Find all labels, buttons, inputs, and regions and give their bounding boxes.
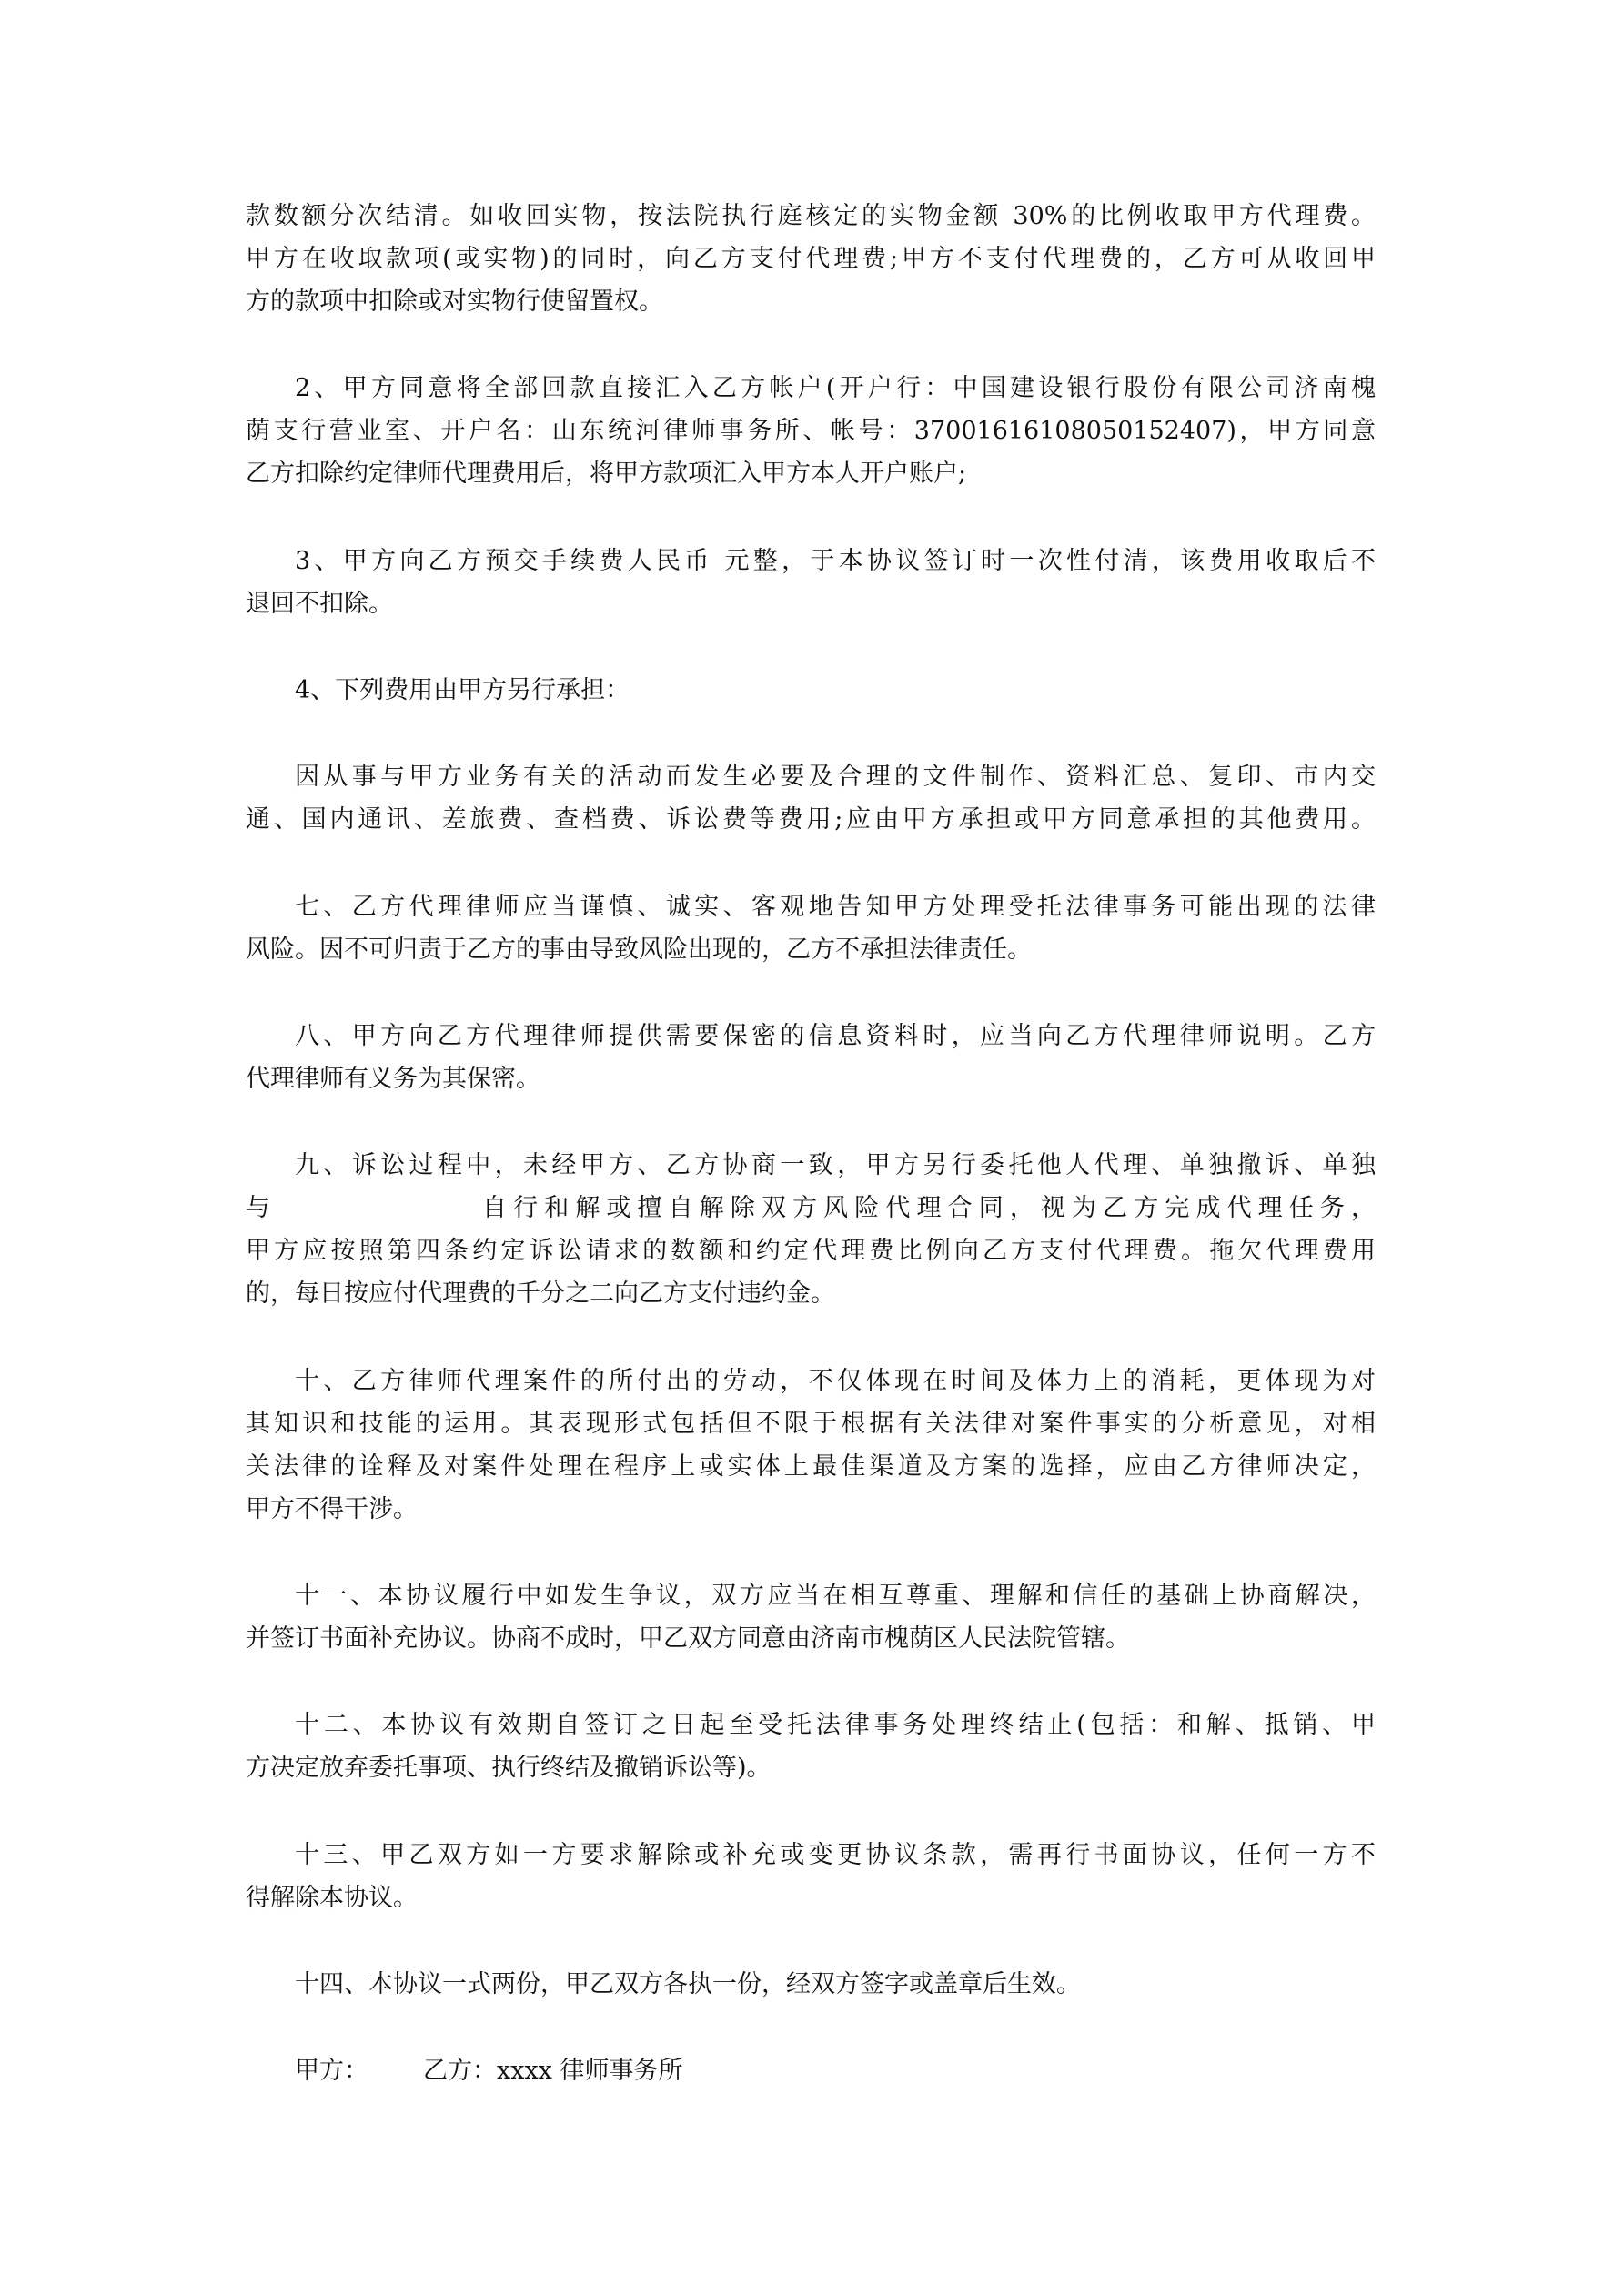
article-10-line: 关法律的诠释及对案件处理在程序上或实体上最佳渠道及方案的选择，应由乙方律师决定， xyxy=(246,1449,1376,1485)
paragraph-line: 甲方在收取款项(或实物)的同时，向乙方支付代理费;甲方不支付代理费的，乙方可从收… xyxy=(246,241,1376,278)
article-11-line: 十一、本协议履行中如发生争议，双方应当在相互尊重、理解和信任的基础上协商解决， xyxy=(295,1578,1376,1614)
article-14-line: 十四、本协议一式两份，甲乙双方各执一份，经双方签字或盖章后生效。 xyxy=(295,1967,1376,2003)
article-9-line-start: 与 xyxy=(246,1190,282,1227)
article-9-line: 的，每日按应付代理费的千分之二向乙方支付违约金。 xyxy=(246,1276,1376,1312)
article-9-line: 九、诉讼过程中，未经甲方、乙方协商一致，甲方另行委托他人代理、单独撤诉、单独 xyxy=(295,1148,1376,1184)
signature-block: 甲方：乙方：xxxx 律师事务所 xyxy=(295,2053,1376,2089)
clause-3-line: 3、甲方向乙方预交手续费人民币 元整，于本协议签订时一次性付清，该费用收取后不 xyxy=(295,543,1376,580)
article-7-line: 七、乙方代理律师应当谨慎、诚实、客观地告知甲方处理受托法律事务可能出现的法律 xyxy=(295,889,1376,925)
article-12-line: 十二、本协议有效期自签订之日起至受托法律事务处理终结止(包括：和解、抵销、甲 xyxy=(295,1707,1376,1744)
article-11-line: 并签订书面补充协议。协商不成时，甲乙双方同意由济南市槐荫区人民法院管辖。 xyxy=(246,1621,1376,1657)
document-page: 款数额分次结清。如收回实物，按法院执行庭核定的实物金额 30%的比例收取甲方代理… xyxy=(0,0,1624,2296)
article-10-line: 甲方不得干涉。 xyxy=(246,1492,1376,1528)
article-10-line: 其知识和技能的运用。其表现形式包括但不限于根据有关法律对案件事实的分析意见，对相 xyxy=(246,1406,1376,1442)
clause-4-detail-line: 通、国内通讯、差旅费、查档费、诉讼费等费用;应由甲方承担或甲方同意承担的其他费用… xyxy=(246,802,1376,838)
clause-4-detail-line: 因从事与甲方业务有关的活动而发生必要及合理的文件制作、资料汇总、复印、市内交 xyxy=(295,759,1376,795)
paragraph-line: 方的款项中扣除或对实物行使留置权。 xyxy=(246,284,1376,320)
article-7-line: 风险。因不可归责于乙方的事由导致风险出现的，乙方不承担法律责任。 xyxy=(246,932,1376,968)
article-8-line: 代理律师有义务为其保密。 xyxy=(246,1061,1376,1097)
article-8-line: 八、甲方向乙方代理律师提供需要保密的信息资料时，应当向乙方代理律师说明。乙方 xyxy=(295,1018,1376,1055)
clause-2-line: 乙方扣除约定律师代理费用后，将甲方款项汇入甲方本人开户账户; xyxy=(246,456,1376,492)
paragraph-line: 款数额分次结清。如收回实物，按法院执行庭核定的实物金额 30%的比例收取甲方代理… xyxy=(246,198,1376,235)
party-a-label: 甲方： xyxy=(295,2057,368,2085)
clause-2-line: 2、甲方同意将全部回款直接汇入乙方帐户(开户行：中国建设银行股份有限公司济南槐 xyxy=(295,370,1376,407)
article-12-line: 方决定放弃委托事项、执行终结及撤销诉讼等)。 xyxy=(246,1750,1376,1786)
party-b-label: 乙方：xxxx 律师事务所 xyxy=(423,2057,683,2085)
clause-2-line: 荫支行营业室、开户名：山东统河律师事务所、帐号：3700161610805015… xyxy=(246,413,1376,450)
article-10-line: 十、乙方律师代理案件的所付出的劳动，不仅体现在时间及体力上的消耗，更体现为对 xyxy=(295,1363,1376,1400)
clause-4-line: 4、下列费用由甲方另行承担： xyxy=(295,673,1376,709)
article-13-line: 得解除本协议。 xyxy=(246,1880,1376,1917)
article-9-line-rest: 自行和解或擅自解除双方风险代理合同，视为乙方完成代理任务， xyxy=(482,1190,1376,1227)
article-9-line: 甲方应按照第四条约定诉讼请求的数额和约定代理费比例向乙方支付代理费。拖欠代理费用 xyxy=(246,1233,1376,1269)
article-13-line: 十三、甲乙双方如一方要求解除或补充或变更协议条款，需再行书面协议，任何一方不 xyxy=(295,1837,1376,1874)
clause-3-line: 退回不扣除。 xyxy=(246,586,1376,622)
